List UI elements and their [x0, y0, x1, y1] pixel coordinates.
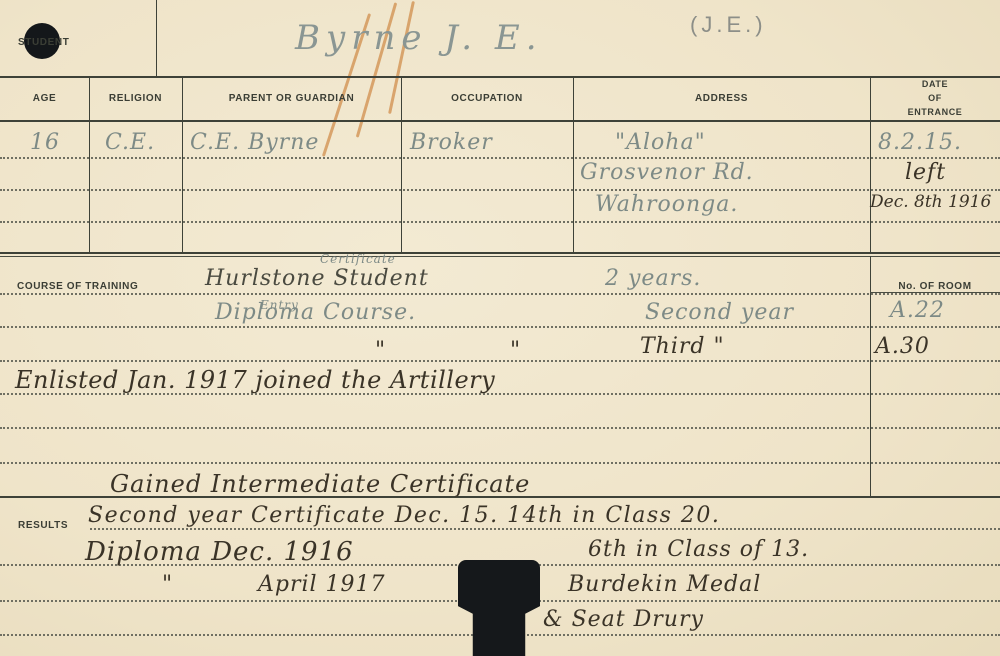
cell-date-entrance: 8.2.15. — [878, 130, 962, 155]
header-religion: RELIGION — [89, 91, 182, 106]
header-address: ADDRESS — [573, 91, 870, 106]
cell-parent: C.E. Byrne — [190, 130, 319, 155]
header-date: DATE OF ENTRANCE — [870, 77, 1000, 119]
results-line3-b: 6th in Class of 13. — [588, 537, 809, 562]
course-note-certificate: Certificate — [320, 252, 396, 266]
dotted-rule — [0, 221, 1000, 223]
course-line3-ditto1: " — [375, 338, 386, 363]
room-1: A.22 — [890, 298, 945, 323]
dotted-rule — [0, 189, 1000, 191]
student-name: Byrne J. E. — [295, 18, 543, 58]
room-2: A.30 — [875, 334, 930, 359]
course-line1-duration: 2 years. — [605, 266, 701, 291]
rule — [0, 252, 1000, 254]
results-line4-b: Burdekin Medal — [568, 572, 761, 597]
dotted-rule — [0, 462, 1000, 464]
student-record-card: STUDENT Byrne J. E. (J.E.) AGE RELIGION … — [0, 0, 1000, 656]
header-date-line2: OF — [870, 91, 1000, 105]
results-line4-a: April 1917 — [258, 572, 386, 597]
dotted-rule — [0, 326, 1000, 328]
dotted-rule — [0, 157, 1000, 159]
course-label: COURSE OF TRAINING — [17, 279, 138, 294]
course-line2-year: Second year — [645, 300, 794, 325]
student-name-pencil: (J.E.) — [690, 12, 767, 38]
cell-left-date: Dec. 8th 1916 — [870, 192, 991, 212]
cell-address-line2: Grosvenor Rd. — [580, 160, 754, 185]
cell-age: 16 — [30, 130, 60, 155]
results-line2: Second year Certificate Dec. 15. 14th in… — [88, 503, 720, 528]
cell-address-line1: "Aloha" — [615, 130, 706, 155]
rule — [0, 76, 1000, 78]
cell-left-label: left — [905, 160, 946, 185]
header-date-line3: ENTRANCE — [870, 105, 1000, 119]
course-line1: Hurlstone Student — [205, 266, 429, 291]
student-label: STUDENT — [18, 35, 69, 50]
course-line2: Diploma Course. — [215, 300, 416, 325]
dotted-rule — [90, 528, 1000, 530]
header-occupation: OCCUPATION — [401, 91, 573, 106]
rule — [0, 120, 1000, 122]
dotted-rule — [0, 360, 1000, 362]
header-date-line1: DATE — [870, 77, 1000, 91]
dotted-rule — [0, 427, 1000, 429]
results-line4-ditto: " — [162, 572, 173, 597]
course-line3-ditto2: " — [510, 338, 521, 363]
results-label: RESULTS — [18, 518, 68, 533]
header-parent: PARENT OR GUARDIAN — [182, 91, 401, 106]
cell-address-line3: Wahroonga. — [595, 192, 738, 217]
cell-religion: C.E. — [105, 130, 155, 155]
card-notch — [458, 560, 540, 656]
results-line1: Gained Intermediate Certificate — [110, 470, 530, 498]
cell-occupation: Broker — [410, 130, 493, 155]
course-line3-year: Third " — [640, 334, 725, 359]
rule — [0, 256, 1000, 257]
results-line3-a: Diploma Dec. 1916 — [85, 537, 354, 567]
header-age: AGE — [0, 91, 89, 106]
course-enlisted: Enlisted Jan. 1917 joined the Artillery — [15, 366, 495, 394]
divider — [156, 0, 157, 76]
dotted-rule — [0, 293, 1000, 295]
results-line5: & Seat Drury — [543, 607, 704, 632]
